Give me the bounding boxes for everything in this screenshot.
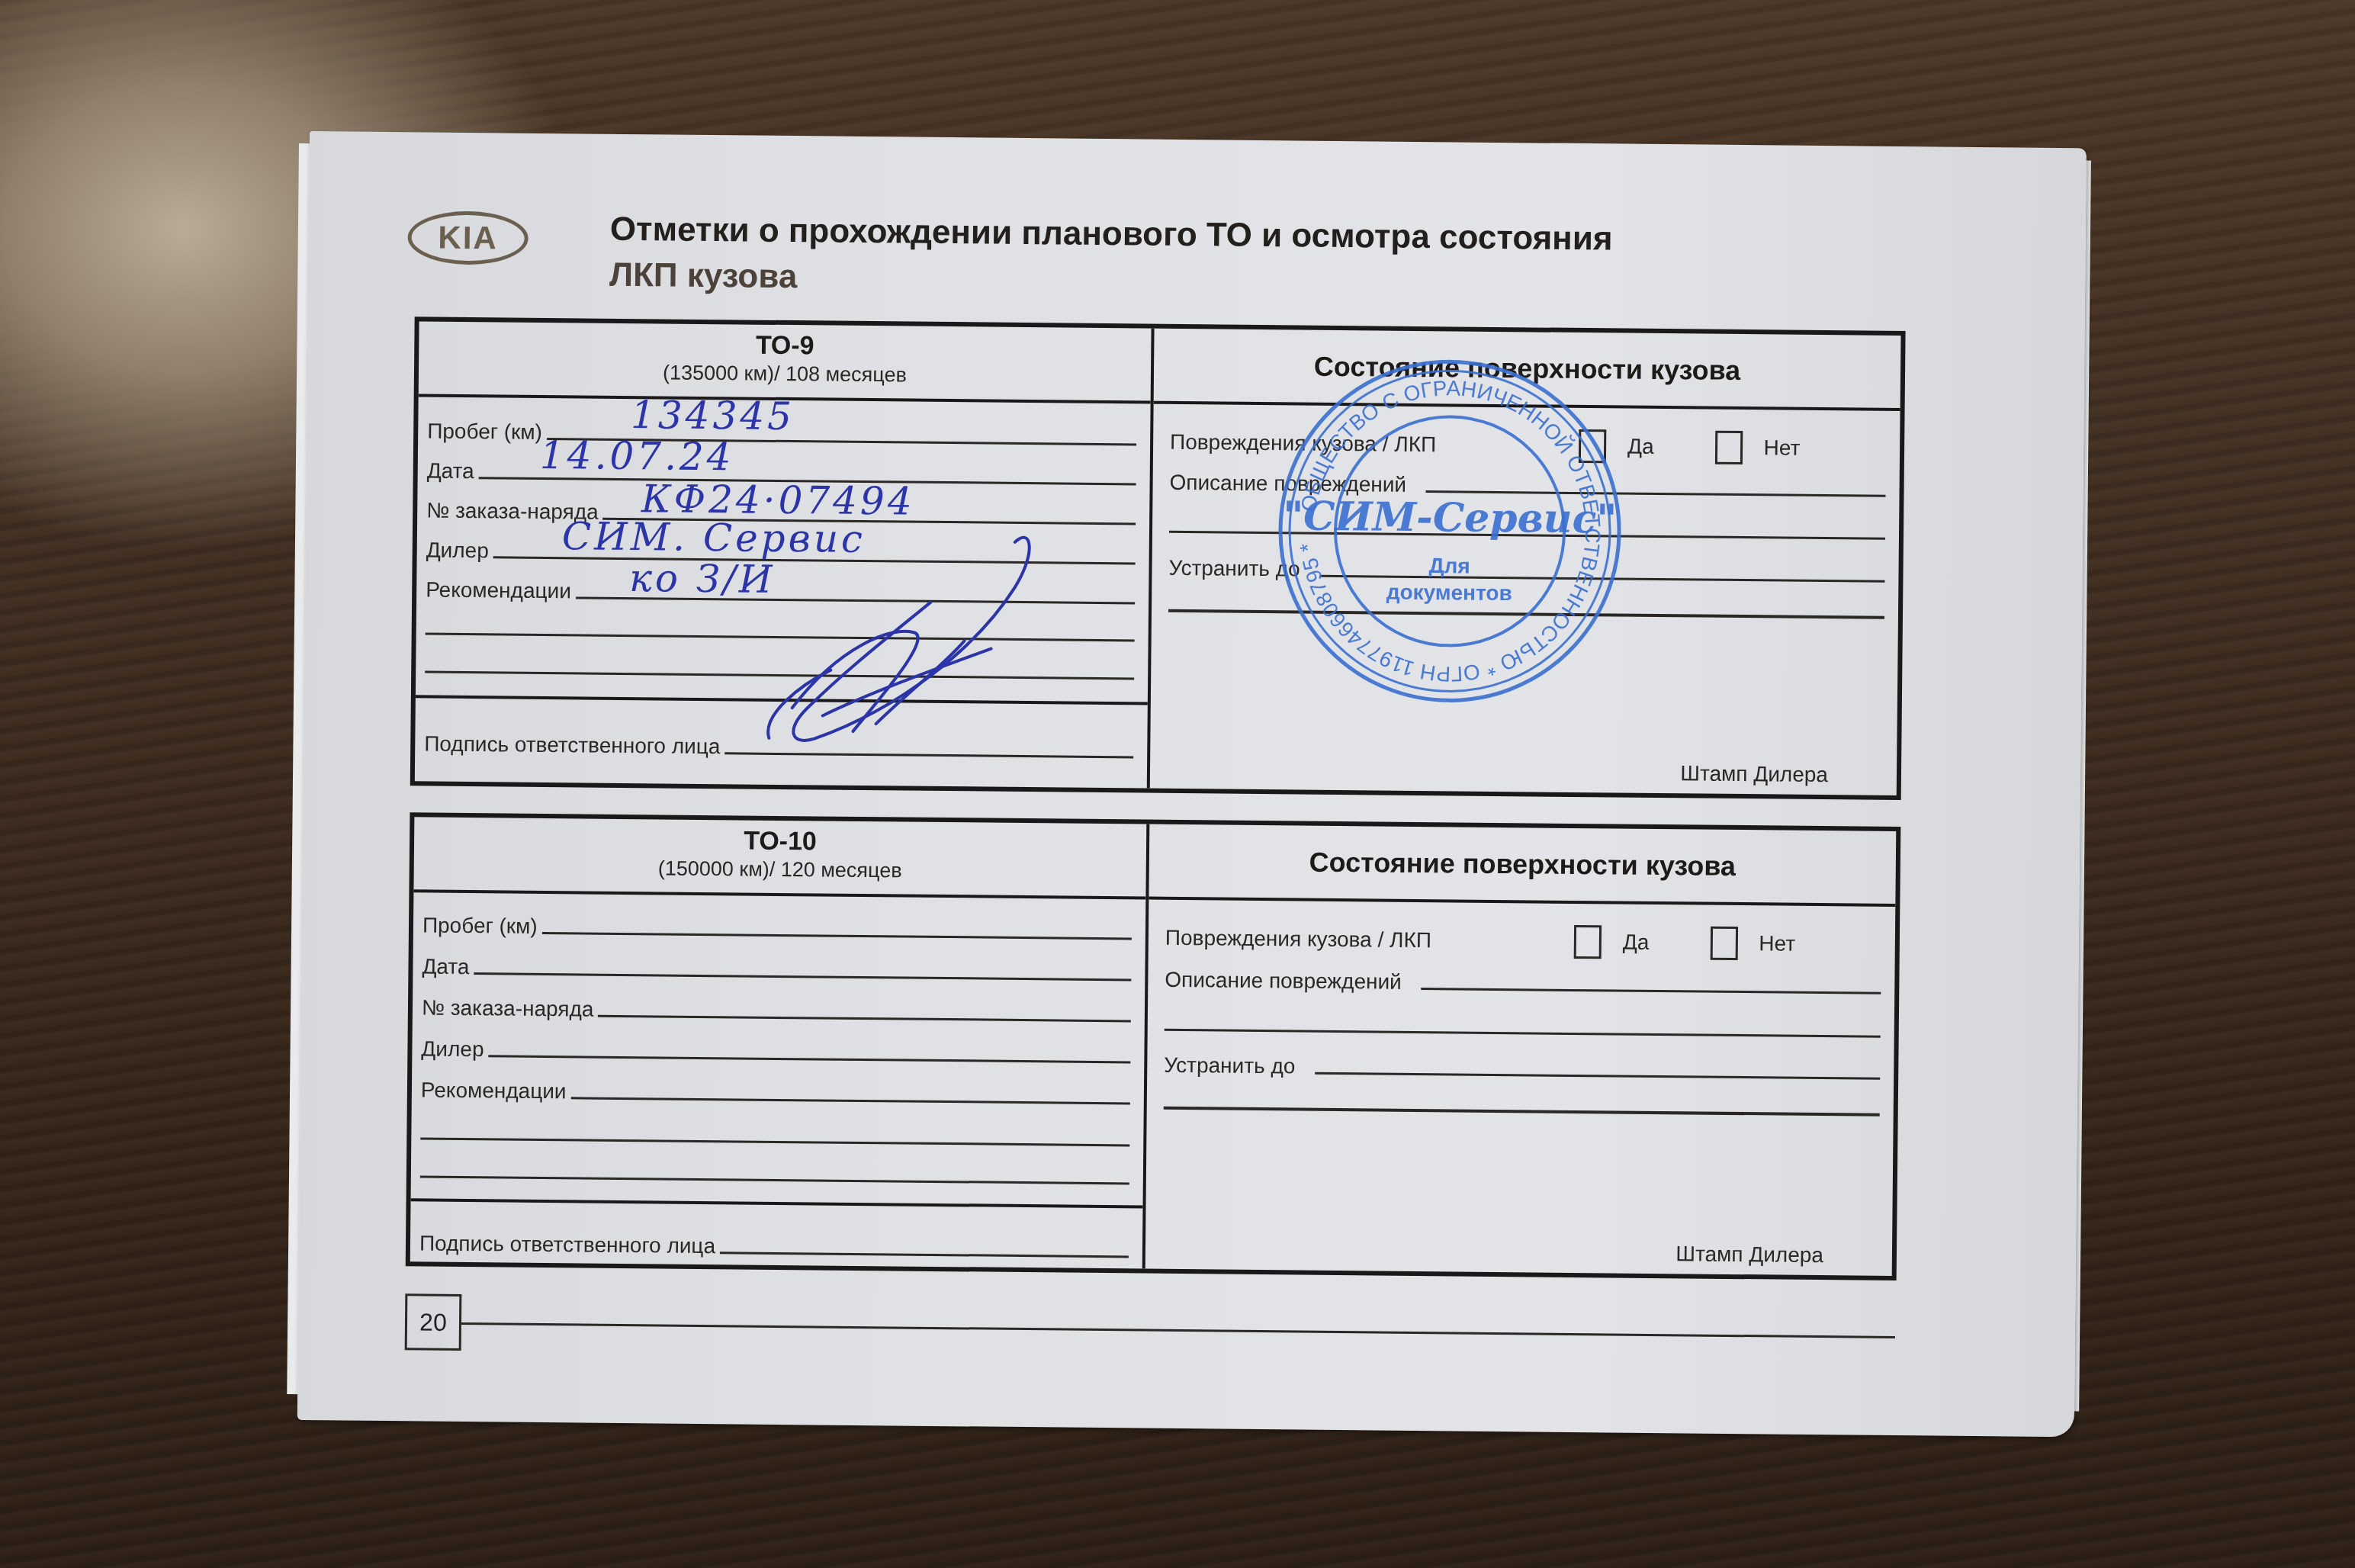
date-label: Дата <box>427 458 479 484</box>
stamp-line-2: документов <box>1386 580 1512 606</box>
yes-label: Да <box>1623 930 1650 955</box>
mileage-label: Пробег (км) <box>427 419 547 445</box>
footer-rule <box>461 1322 1895 1338</box>
to10-dealer-field[interactable]: Дилер <box>421 1030 1130 1068</box>
no-label: Нет <box>1763 435 1800 460</box>
description-line-2 <box>1165 1029 1881 1038</box>
to10-interval: (150000 км)/ 120 месяцев <box>414 854 1146 885</box>
dealer-stamp-label: Штамп Дилера <box>1680 761 1828 787</box>
to9-mileage-field[interactable]: Пробег (км) 134345 <box>427 413 1136 450</box>
to9-title: ТО-9 <box>419 327 1151 364</box>
damage-no-checkbox[interactable] <box>1714 431 1742 464</box>
damage-yes-checkbox[interactable] <box>1574 925 1602 959</box>
to10-mileage-field[interactable]: Пробег (км) <box>422 907 1132 944</box>
mileage-line <box>542 932 1132 940</box>
yes-label: Да <box>1627 435 1654 459</box>
page-number: 20 <box>405 1293 462 1351</box>
no-label: Нет <box>1759 931 1795 956</box>
to10-header: ТО-10 (150000 км)/ 120 месяцев <box>413 817 1146 899</box>
mileage-handwritten: 134345 <box>631 393 795 439</box>
damage-no-checkbox[interactable] <box>1710 927 1737 960</box>
service-book-page: KIA Отметки о прохождении планового ТО и… <box>297 131 2087 1437</box>
page-header: KIA Отметки о прохождении планового ТО и… <box>407 204 2010 311</box>
date-label: Дата <box>422 954 474 979</box>
date-handwritten: 14.07.24 <box>540 433 734 479</box>
order-line <box>598 1015 1131 1023</box>
signature-label: Подпись ответственного лица <box>424 731 724 759</box>
signature-line <box>724 752 1133 758</box>
to10-order-field[interactable]: № заказа-наряда <box>422 989 1131 1027</box>
to9-interval: (135000 км)/ 108 месяцев <box>419 358 1151 389</box>
to10-signature-field[interactable]: Подпись ответственного лица <box>419 1225 1129 1262</box>
order-label: № заказа-наряда <box>422 995 599 1021</box>
description-label: Описание повреждений <box>1165 968 1406 994</box>
dealer-label: Дилер <box>421 1036 488 1062</box>
handwritten-signature <box>700 516 1038 748</box>
stamp-company-name: "СИМ-Сервис" <box>1283 493 1618 542</box>
to9-header: ТО-9 (135000 км)/ 108 месяцев <box>419 321 1152 403</box>
dealer-stamp-seal: ОБЩЕСТВО С ОГРАНИЧЕННОЙ ОТВЕТСТВЕННОСТЬЮ… <box>1269 350 1631 712</box>
stamp-line-1: Для <box>1428 554 1470 578</box>
fix-by-line <box>1315 1072 1880 1080</box>
dealer-label: Дилер <box>426 538 493 563</box>
brand-text: KIA <box>438 220 498 257</box>
signature-line <box>720 1252 1129 1258</box>
to10-recommendations-field[interactable]: Рекомендации <box>421 1072 1130 1109</box>
kia-logo-icon: KIA <box>407 210 529 265</box>
recommendations-line-3 <box>420 1175 1129 1184</box>
signature-separator <box>411 1198 1143 1208</box>
to10-title: ТО-10 <box>414 823 1146 860</box>
recommendations-line <box>571 1097 1130 1104</box>
dealer-line <box>488 1055 1130 1063</box>
to10-surface-header: Состояние поверхности кузова <box>1149 824 1896 907</box>
page-title: Отметки о прохождении планового ТО и осм… <box>609 207 1983 311</box>
description-line <box>1422 988 1881 994</box>
mileage-label: Пробег (км) <box>422 913 542 939</box>
recommendations-label: Рекомендации <box>421 1078 571 1104</box>
to10-date-field[interactable]: Дата <box>422 948 1131 985</box>
signature-label: Подпись ответственного лица <box>419 1231 720 1258</box>
to10-surface-column: Состояние поверхности кузова Повреждения… <box>1145 824 1897 1276</box>
fix-by-label: Устранить до <box>1164 1053 1300 1079</box>
recommendations-label: Рекомендации <box>426 577 576 603</box>
dealer-stamp-label: Штамп Дилера <box>1675 1242 1823 1268</box>
recommendations-line-2 <box>420 1137 1129 1146</box>
damage-label: Повреждения кузова / ЛКП <box>1165 926 1574 954</box>
fix-by-line-2 <box>1164 1107 1880 1117</box>
to10-block: ТО-10 (150000 км)/ 120 месяцев Пробег (к… <box>406 812 1901 1280</box>
to10-service-column: ТО-10 (150000 км)/ 120 месяцев Пробег (к… <box>410 817 1150 1268</box>
surface-title: Состояние поверхности кузова <box>1149 824 1896 904</box>
to10-damage-row: Повреждения кузова / ЛКП Да Нет <box>1165 920 1880 963</box>
date-line <box>474 972 1131 981</box>
to10-description-field[interactable]: Описание повреждений <box>1165 962 1881 999</box>
to10-fix-by-field[interactable]: Устранить до <box>1164 1047 1880 1084</box>
to9-block: ТО-9 (135000 км)/ 108 месяцев Пробег (км… <box>410 316 1906 800</box>
